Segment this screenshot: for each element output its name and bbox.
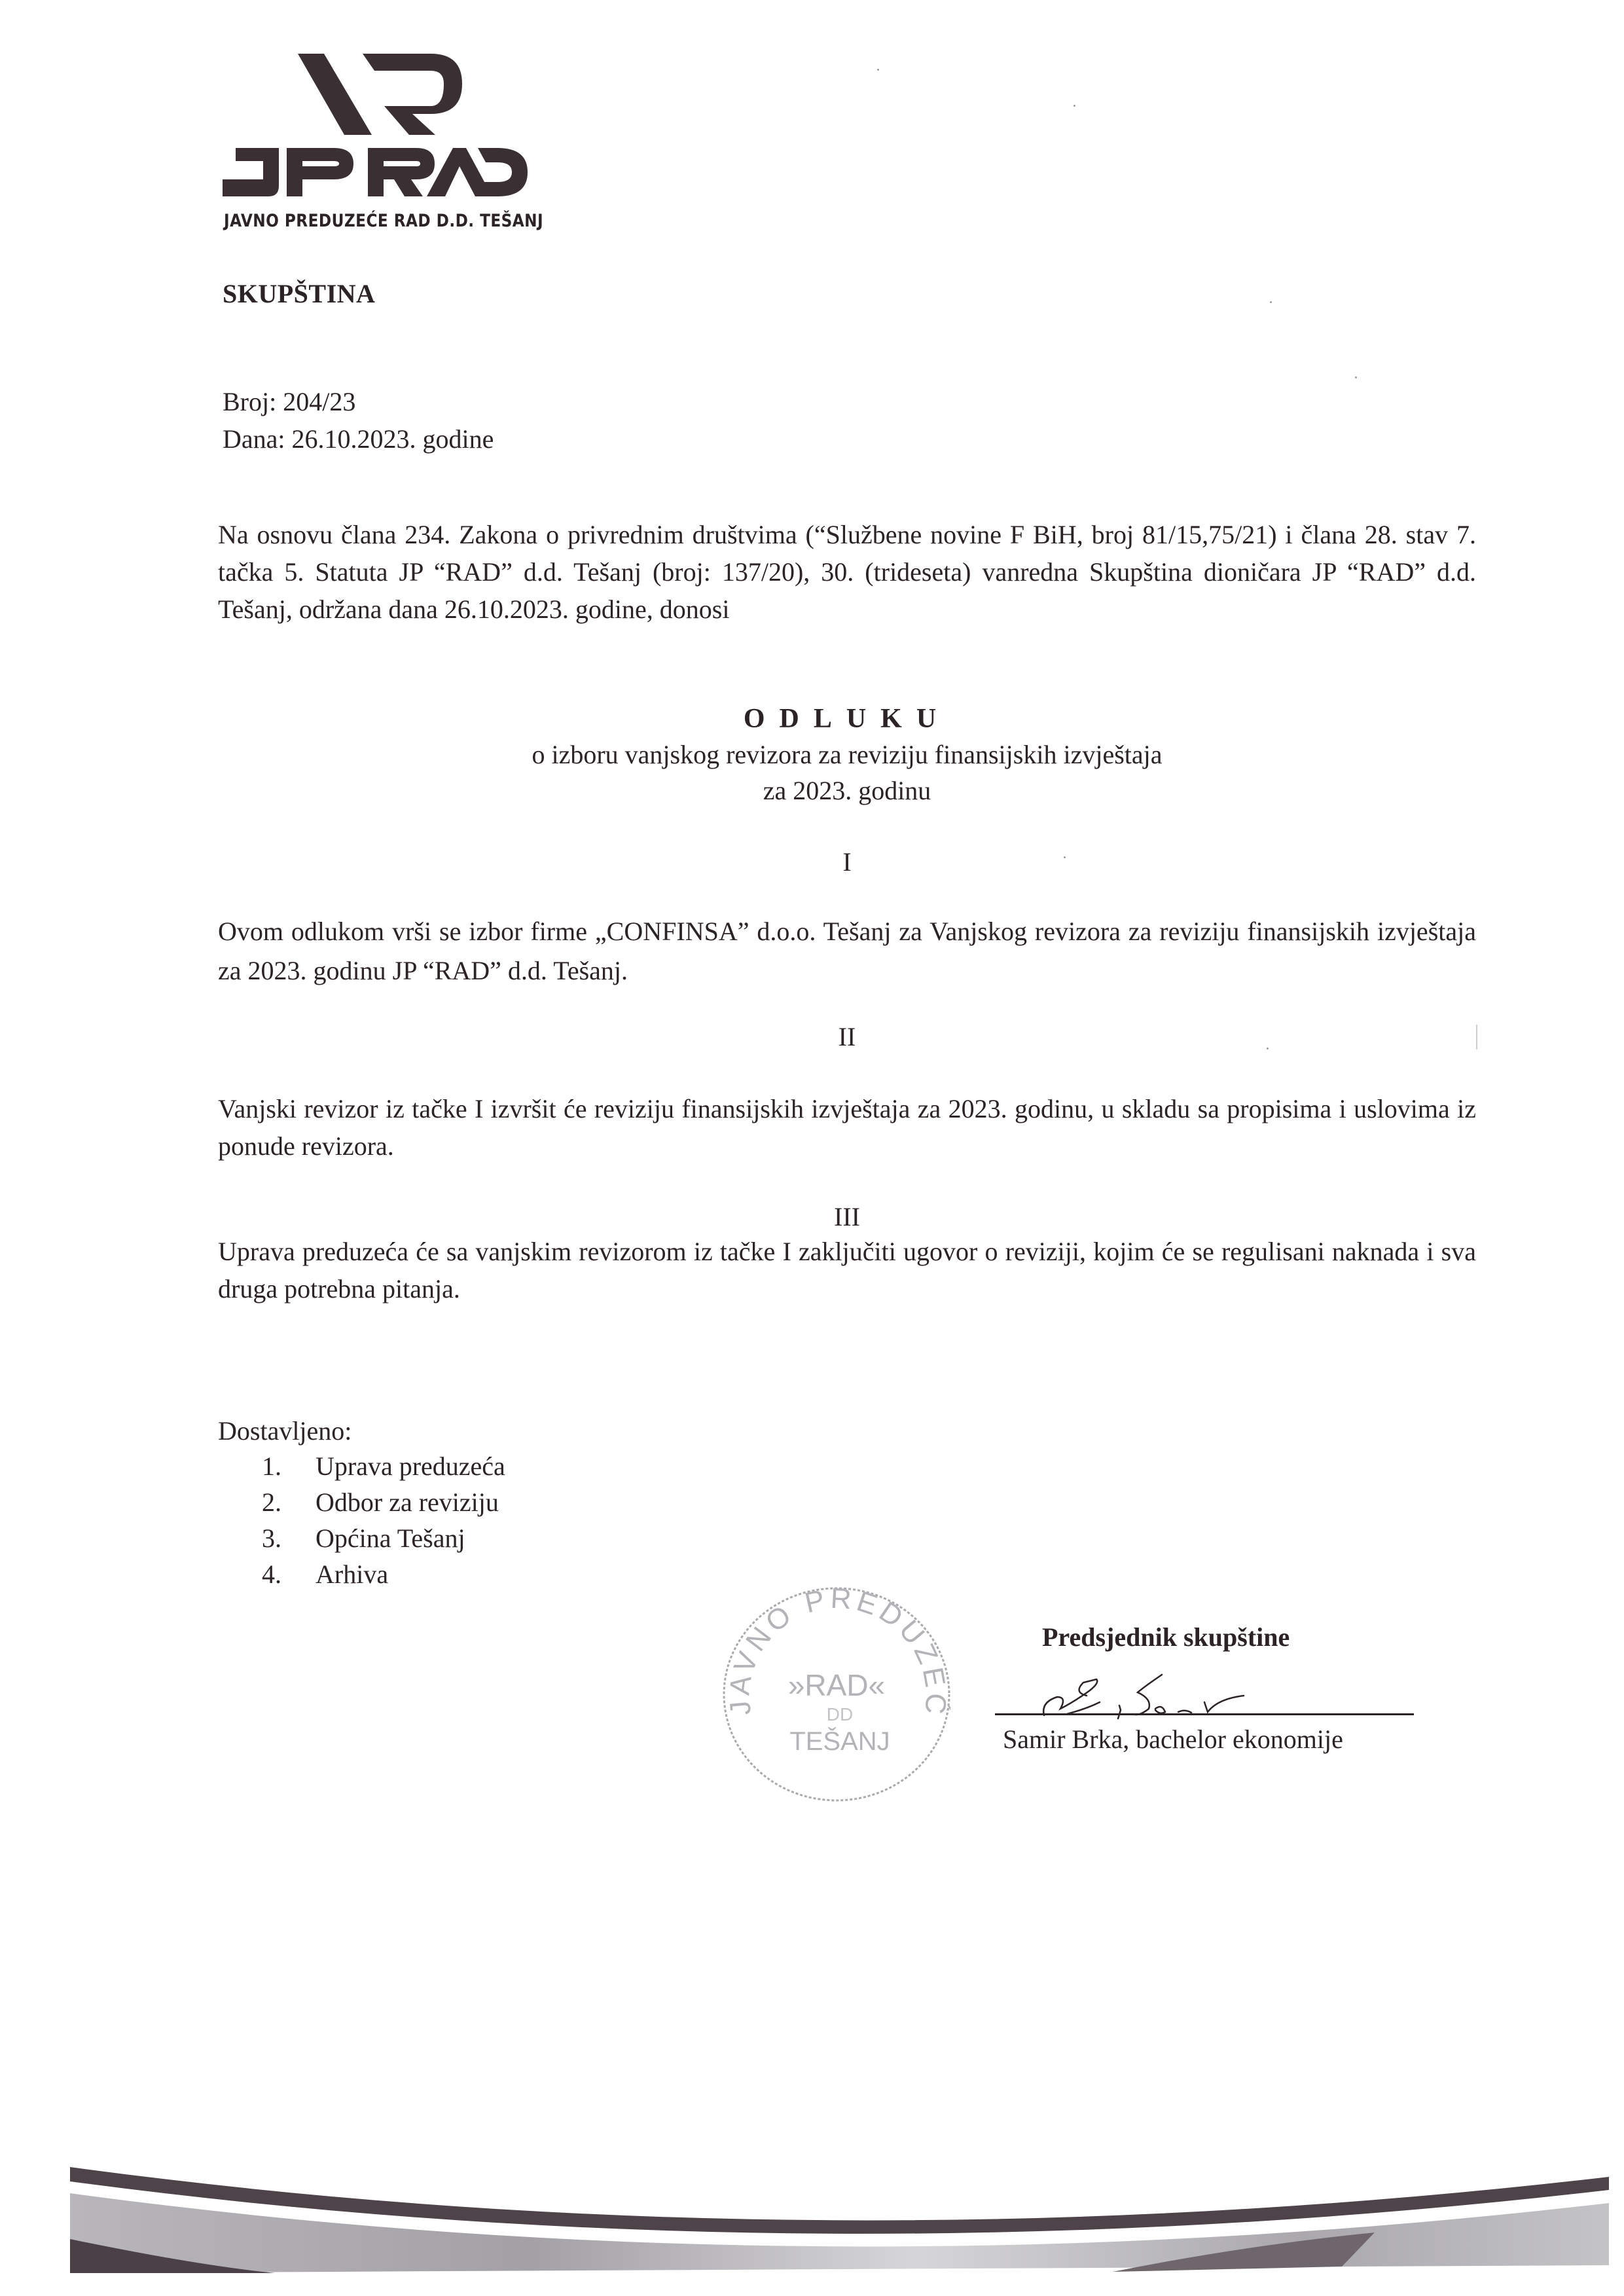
scan-speck — [1267, 1048, 1269, 1049]
distribution-item: 1. Uprava preduzeća — [262, 1448, 505, 1484]
scan-speck — [1074, 105, 1075, 107]
distribution-item-number: 3. — [262, 1520, 316, 1556]
distribution-item-name: Općina Tešanj — [316, 1520, 465, 1556]
footer-swoosh-decoration — [0, 2154, 1624, 2285]
scan-speck — [1355, 376, 1357, 378]
distribution-item: 4. Arhiva — [262, 1556, 505, 1592]
section-number-1: I — [218, 843, 1476, 881]
distribution-list: 1. Uprava preduzeća 2. Odbor za reviziju… — [262, 1448, 505, 1592]
footer-swoosh-icon — [0, 2154, 1624, 2285]
signatory-role: Predsjednik skupštine — [1042, 1618, 1290, 1656]
distribution-item-number: 4. — [262, 1556, 316, 1592]
section-number-3: III — [218, 1198, 1476, 1235]
distribution-item-name: Odbor za reviziju — [316, 1484, 499, 1520]
intro-paragraph: Na osnovu člana 234. Zakona o privrednim… — [218, 516, 1476, 628]
signature-line — [995, 1713, 1414, 1715]
distribution-item-number: 1. — [262, 1448, 316, 1484]
distribution-item-number: 2. — [262, 1484, 316, 1520]
decision-subtitle-line-2: za 2023. godinu — [218, 773, 1476, 809]
jp-rad-logo-icon — [223, 51, 530, 211]
section-text-1: Ovom odlukom vrši se izbor firme „CONFIN… — [218, 912, 1476, 991]
section-text-3: Uprava preduzeća će sa vanjskim revizoro… — [218, 1233, 1476, 1307]
scan-speck — [877, 69, 879, 71]
decision-subtitle: o izboru vanjskog revizora za reviziju f… — [218, 737, 1476, 809]
distribution-item-name: Uprava preduzeća — [316, 1448, 505, 1484]
section-text-2: Vanjski revizor iz tačke I izvršit će re… — [218, 1090, 1476, 1165]
distribution-label: Dostavljeno: — [218, 1413, 352, 1449]
reference-block: Broj: 204/23 Dana: 26.10.2023. godine — [223, 383, 494, 458]
scan-mark — [1476, 1025, 1477, 1049]
stamp-sub-text: DD — [827, 1704, 853, 1724]
section-number-2: II — [218, 1018, 1476, 1055]
company-full-name: JAVNO PREDUZEĆE RAD D.D. TEŠANJ — [224, 211, 543, 231]
stamp-city-text: TEŠANJ — [789, 1726, 890, 1756]
issuer-heading: SKUPŠTINA — [223, 275, 375, 312]
reference-date: Dana: 26.10.2023. godine — [223, 420, 494, 458]
distribution-item: 3. Općina Tešanj — [262, 1520, 505, 1556]
decision-subtitle-line-1: o izboru vanjskog revizora za reviziju f… — [218, 737, 1476, 773]
company-stamp: JAVNO PREDUZEĆE »RAD« DD TEŠANJ — [719, 1583, 954, 1806]
scan-speck — [1064, 856, 1066, 858]
scan-speck — [1270, 301, 1272, 303]
distribution-item: 2. Odbor za reviziju — [262, 1484, 505, 1520]
reference-number: Broj: 204/23 — [223, 383, 494, 420]
decision-title: ODLUKU — [218, 701, 1476, 738]
stamp-seal-icon: JAVNO PREDUZEĆE »RAD« DD TEŠANJ — [719, 1583, 954, 1806]
signatory-name: Samir Brka, bachelor ekonomije — [1003, 1721, 1343, 1758]
distribution-item-name: Arhiva — [316, 1556, 388, 1592]
stamp-center-text: »RAD« — [788, 1668, 885, 1702]
